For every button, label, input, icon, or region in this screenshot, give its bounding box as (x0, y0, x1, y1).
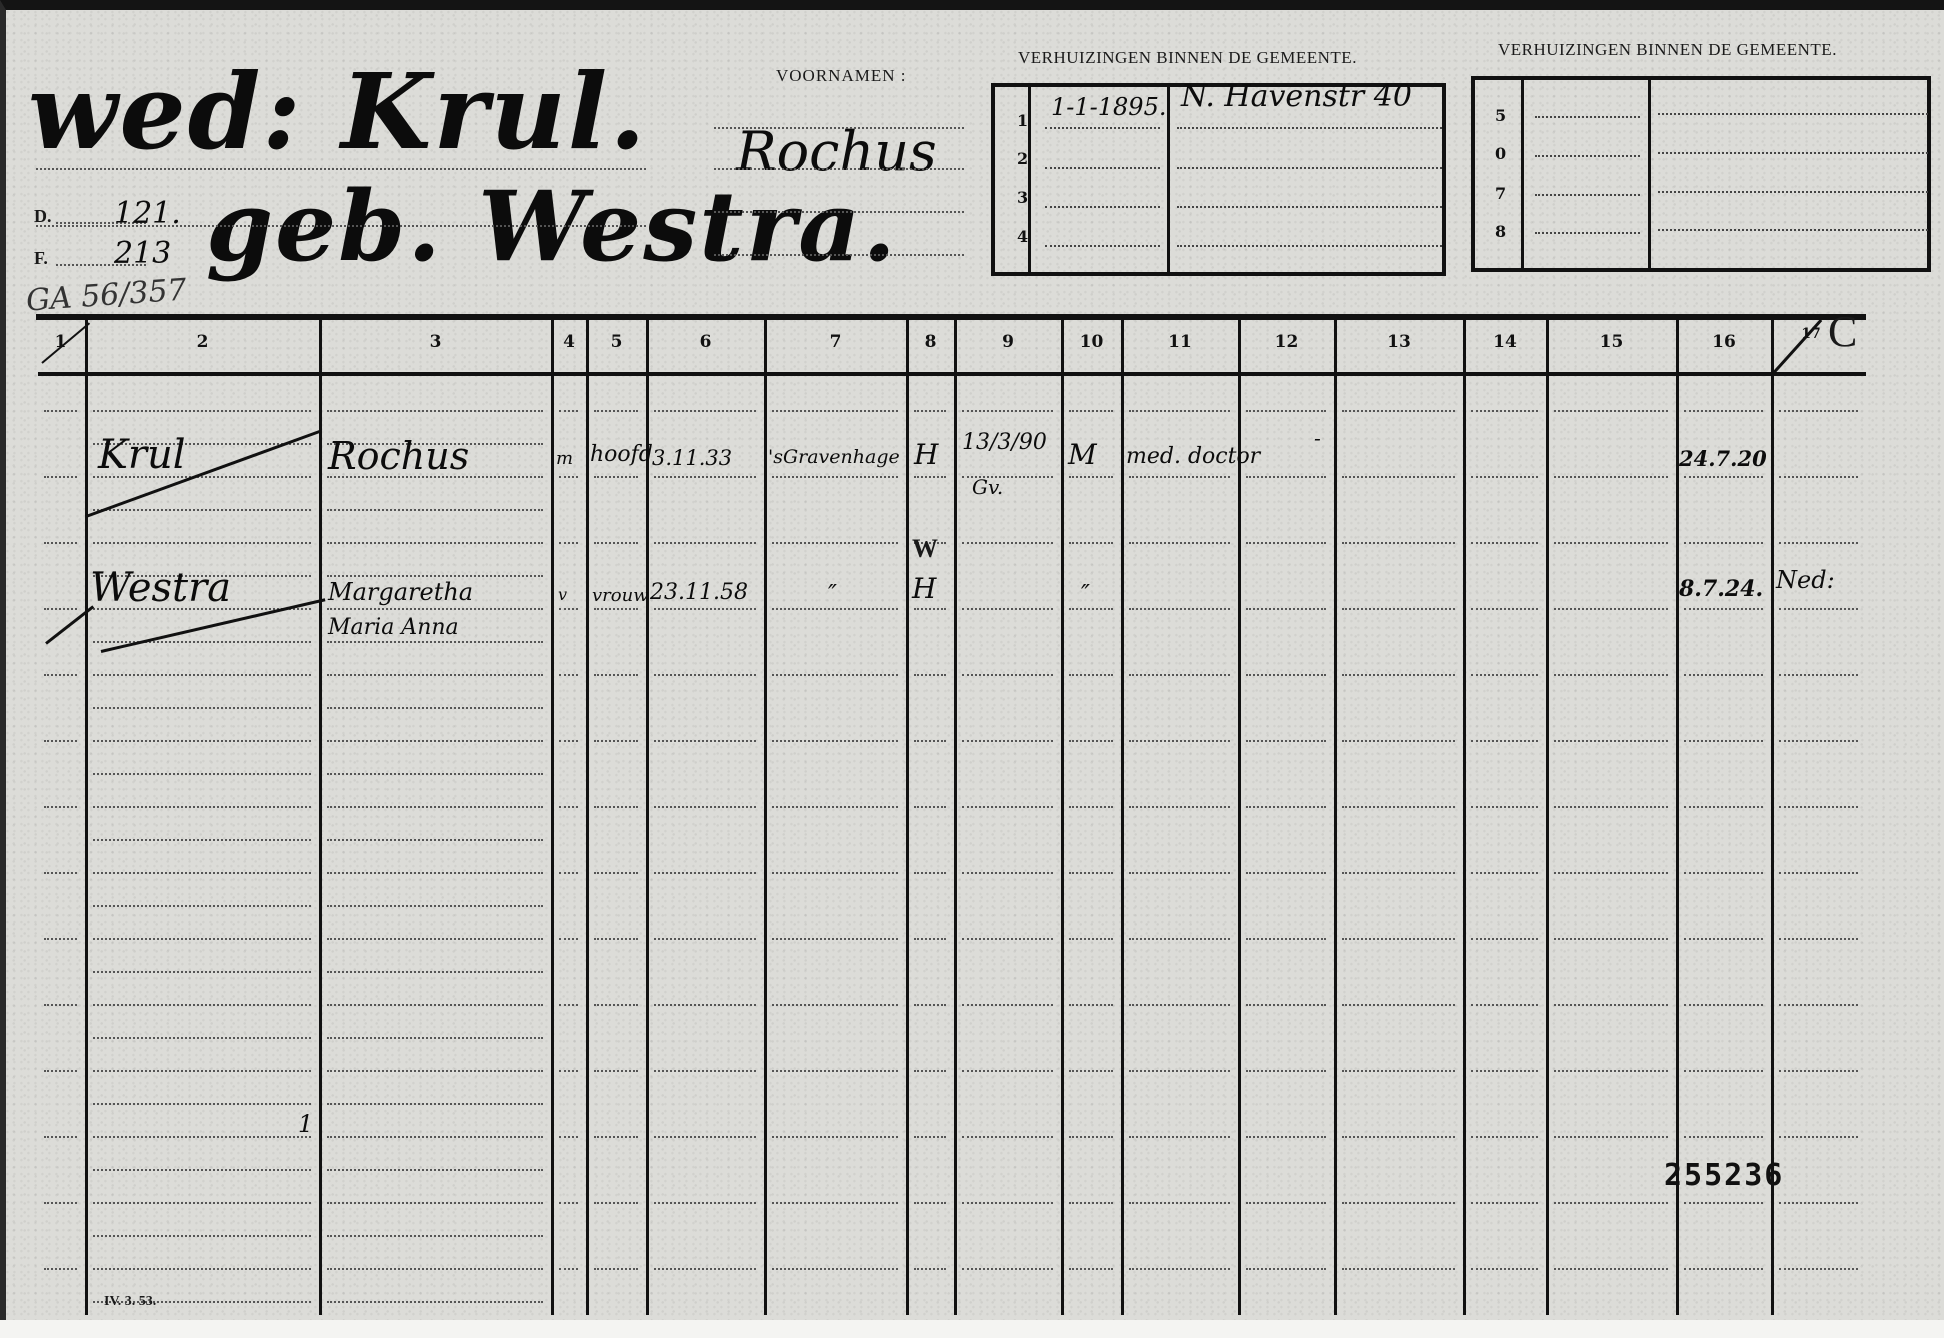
row-guide-dots (594, 542, 638, 544)
row-guide-dots (914, 806, 946, 808)
row-guide-dots (327, 410, 543, 412)
column-header-5: 5 (587, 332, 646, 352)
row-guide-dots (962, 1004, 1053, 1006)
row-guide-dots (914, 872, 946, 874)
row-guide-dots (772, 1004, 898, 1006)
row-guide-dots (1684, 1070, 1763, 1072)
row-guide-dots (1342, 1136, 1455, 1138)
row-guide-dots (93, 839, 311, 841)
archive-reference: GA 56/357 (25, 272, 188, 318)
row-guide-dots (1246, 410, 1326, 412)
row2-given-names-1: Margaretha (328, 578, 473, 606)
row-guide-dots (654, 542, 756, 544)
row-guide-dots (1129, 938, 1230, 940)
row2-col16: 8.7.24. (1679, 576, 1763, 602)
row-guide-dots (1342, 872, 1455, 874)
f-value: 213 (114, 236, 171, 271)
row-guide-dots (327, 1070, 543, 1072)
row-guide-dots (1246, 872, 1326, 874)
row-guide-dots (772, 872, 898, 874)
move-row-number: 7 (1495, 184, 1506, 203)
row-guide-dots (654, 806, 756, 808)
row-guide-dots (1342, 608, 1455, 610)
row-guide-dots (1069, 410, 1113, 412)
row-guide-dots (914, 608, 946, 610)
row-guide-dots (962, 806, 1053, 808)
row-guide-dots (1069, 1004, 1113, 1006)
row-guide-dots (1471, 608, 1538, 610)
move-row-number: 2 (1017, 149, 1028, 168)
row-guide-dots (1069, 1136, 1113, 1138)
row-guide-dots (1554, 1004, 1668, 1006)
move-dotted-line (1045, 206, 1160, 208)
row-guide-dots (1471, 1136, 1538, 1138)
row-guide-dots (1554, 1202, 1668, 1204)
row-guide-dots (1129, 872, 1230, 874)
row-guide-dots (962, 740, 1053, 742)
column-divider (1546, 320, 1549, 1315)
column-header-12: 12 (1239, 332, 1334, 352)
row-guide-dots (1129, 740, 1230, 742)
row-guide-dots (772, 1070, 898, 1072)
row-guide-dots (594, 1202, 638, 1204)
row1-col12: - (1314, 426, 1321, 450)
row-guide-dots (1342, 938, 1455, 940)
voornamen-dotted-line (714, 211, 964, 213)
row-guide-dots (1342, 740, 1455, 742)
row-guide-dots (772, 542, 898, 544)
row-guide-dots (654, 410, 756, 412)
row-guide-dots (1129, 410, 1230, 412)
row1-religion: H (914, 438, 938, 471)
row-guide-dots (1554, 938, 1668, 940)
row-guide-dots (1069, 542, 1113, 544)
row-guide-dots (93, 1202, 311, 1204)
divider (1521, 80, 1524, 268)
row1-surname: Krul (98, 432, 186, 478)
row2-birth-place: ″ (828, 580, 837, 608)
move-dotted-line (1045, 167, 1160, 169)
row-guide-dots (327, 1037, 543, 1039)
row-guide-dots (1129, 1202, 1230, 1204)
row-guide-dots (327, 509, 543, 511)
row-guide-dots (1129, 674, 1230, 676)
row-guide-dots (1471, 938, 1538, 940)
row-guide-dots (1684, 938, 1763, 940)
row-guide-dots (559, 608, 578, 610)
row-guide-dots (1246, 938, 1326, 940)
column-header-9: 9 (955, 332, 1061, 352)
row-guide-dots (1342, 1004, 1455, 1006)
column-divider (1334, 320, 1337, 1315)
row-guide-dots (327, 575, 543, 577)
row-guide-dots (914, 1202, 946, 1204)
row-guide-dots (772, 1268, 898, 1270)
row-guide-dots (914, 476, 946, 478)
row-guide-dots (654, 872, 756, 874)
row-guide-dots (327, 1169, 543, 1171)
row-guide-dots (1779, 1268, 1858, 1270)
move-dotted-line (1658, 113, 1928, 115)
row-guide-dots (1246, 674, 1326, 676)
row-guide-dots (1342, 410, 1455, 412)
column-header-6: 6 (647, 332, 764, 352)
move-dotted-line (1658, 191, 1928, 193)
row-guide-dots (559, 740, 578, 742)
row-guide-dots (962, 542, 1053, 544)
row-guide-dots (1129, 1070, 1230, 1072)
moves-right-title: VERHUIZINGEN BINNEN DE GEMEENTE. (1498, 40, 1837, 60)
voornamen-value: Rochus (736, 120, 937, 183)
row-guide-dots (1684, 1202, 1763, 1204)
row-guide-dots (962, 1070, 1053, 1072)
row-guide-dots (1069, 1070, 1113, 1072)
move-dotted-line (1535, 232, 1640, 234)
row-guide-dots (654, 608, 756, 610)
voornamen-label: VOORNAMEN : (776, 66, 906, 86)
row-guide-dots (1471, 476, 1538, 478)
row-guide-dots (1246, 1202, 1326, 1204)
row-guide-dots (1684, 542, 1763, 544)
divider (1028, 87, 1031, 272)
d-value: 121. (114, 196, 181, 231)
row-guide-dots (44, 476, 77, 478)
column-divider (1061, 320, 1064, 1315)
row-guide-dots (962, 1202, 1053, 1204)
column-header-15: 15 (1547, 332, 1676, 352)
row-guide-dots (327, 641, 543, 643)
row-guide-dots (914, 1268, 946, 1270)
row-guide-dots (44, 872, 77, 874)
row-guide-dots (327, 905, 543, 907)
row-guide-dots (1554, 740, 1668, 742)
row-guide-dots (594, 1070, 638, 1072)
row-guide-dots (93, 641, 311, 643)
row-guide-dots (559, 1136, 578, 1138)
row-guide-dots (1684, 872, 1763, 874)
row-guide-dots (327, 1103, 543, 1105)
row-guide-dots (914, 1070, 946, 1072)
corner-mark: C (1828, 306, 1857, 357)
voornamen-dotted-line (714, 168, 964, 170)
row1-col9-date: 13/3/90 (962, 430, 1047, 455)
row-guide-dots (559, 806, 578, 808)
row-guide-dots (1471, 740, 1538, 742)
row-guide-dots (1246, 740, 1326, 742)
row-guide-dots (1246, 1136, 1326, 1138)
scan-margin (0, 1320, 1944, 1338)
row-guide-dots (962, 938, 1053, 940)
move-dotted-line (1535, 194, 1640, 196)
row-guide-dots (1129, 1136, 1230, 1138)
row-guide-dots (654, 1202, 756, 1204)
row-guide-dots (327, 971, 543, 973)
row-guide-dots (93, 905, 311, 907)
table-top-border (36, 314, 1866, 320)
row-guide-dots (93, 1070, 311, 1072)
move-dotted-line (1177, 206, 1442, 208)
row-guide-dots (1554, 542, 1668, 544)
row-guide-dots (914, 1136, 946, 1138)
move-dotted-line (1658, 229, 1928, 231)
row-guide-dots (44, 1070, 77, 1072)
row-guide-dots (559, 542, 578, 544)
column-header-14: 14 (1464, 332, 1546, 352)
voornamen-dotted-line (714, 254, 964, 256)
row-guide-dots (1554, 410, 1668, 412)
row-guide-dots (772, 740, 898, 742)
row-guide-dots (559, 1268, 578, 1270)
move-date: 1-1-1895. (1051, 93, 1166, 121)
row-guide-dots (1342, 806, 1455, 808)
column-divider (551, 320, 554, 1315)
row-guide-dots (1069, 674, 1113, 676)
row1-relation: hoofd (590, 442, 653, 467)
row-guide-dots (962, 1136, 1053, 1138)
row-guide-dots (93, 938, 311, 940)
row-guide-dots (1684, 1004, 1763, 1006)
row-guide-dots (654, 740, 756, 742)
row-guide-dots (93, 806, 311, 808)
row-guide-dots (1129, 476, 1230, 478)
row-guide-dots (1342, 1202, 1455, 1204)
row-guide-dots (327, 1268, 543, 1270)
row-guide-dots (44, 1004, 77, 1006)
row-guide-dots (772, 938, 898, 940)
move-address: N. Havenstr 40 (1181, 79, 1412, 114)
row-guide-dots (1779, 1202, 1858, 1204)
row1-col16: 24.7.20 (1679, 446, 1767, 471)
row-guide-dots (1684, 608, 1763, 610)
column-header-10: 10 (1062, 332, 1121, 352)
row-guide-dots (1246, 608, 1326, 610)
column-header-3: 3 (320, 332, 551, 352)
row-guide-dots (1129, 1004, 1230, 1006)
row2-given-names-2: Maria Anna (328, 615, 459, 640)
row-guide-dots (772, 1202, 898, 1204)
row-guide-dots (1129, 542, 1230, 544)
row-guide-dots (594, 608, 638, 610)
row-guide-dots (1554, 872, 1668, 874)
row-guide-dots (44, 1136, 77, 1138)
row-guide-dots (327, 1235, 543, 1237)
form-code: IV. 3. 53. (104, 1294, 156, 1310)
row-guide-dots (594, 872, 638, 874)
row-guide-dots (93, 674, 311, 676)
row-guide-dots (327, 608, 543, 610)
divider (1648, 80, 1651, 268)
row-guide-dots (559, 1004, 578, 1006)
move-row-number: 0 (1495, 144, 1506, 163)
row1-occupation: med. doctor (1126, 444, 1260, 469)
row-guide-dots (1471, 1202, 1538, 1204)
row-guide-dots (914, 740, 946, 742)
column-header-8: 8 (907, 332, 954, 352)
row-guide-dots (1554, 476, 1668, 478)
row-guide-dots (1471, 1070, 1538, 1072)
row2-relation: vrouw (592, 585, 649, 606)
row-guide-dots (594, 410, 638, 412)
row-guide-dots (44, 542, 77, 544)
column-header-13: 13 (1335, 332, 1463, 352)
column-header-16: 16 (1677, 332, 1771, 352)
moves-right-box: 5 0 7 8 (1471, 76, 1931, 272)
row-guide-dots (654, 938, 756, 940)
f-label: F. (34, 248, 48, 269)
move-dotted-line (1658, 152, 1928, 154)
row-guide-dots (44, 608, 77, 610)
row-guide-dots (594, 938, 638, 940)
row-guide-dots (1129, 806, 1230, 808)
row-guide-dots (559, 1202, 578, 1204)
row2-sex: v (558, 585, 567, 604)
row-guide-dots (1129, 1268, 1230, 1270)
row1-sex: m (556, 448, 573, 469)
row-guide-dots (962, 608, 1053, 610)
column-divider (954, 320, 957, 1315)
row-guide-dots (1684, 1268, 1763, 1270)
table-header-border (38, 372, 1866, 376)
row-guide-dots (93, 1235, 311, 1237)
row-guide-dots (327, 740, 543, 742)
stamp-number: 255236 (1664, 1158, 1784, 1193)
row-guide-dots (327, 839, 543, 841)
row-guide-dots (1554, 674, 1668, 676)
row-guide-dots (772, 674, 898, 676)
row-guide-dots (654, 1070, 756, 1072)
row-guide-dots (1246, 1268, 1326, 1270)
row-guide-dots (772, 806, 898, 808)
row1-marital: M (1068, 438, 1097, 471)
row-guide-dots (1342, 674, 1455, 676)
move-dotted-line (1177, 167, 1442, 169)
row-guide-dots (1779, 1070, 1858, 1072)
row-guide-dots (914, 1004, 946, 1006)
column-divider (906, 320, 909, 1315)
move-dotted-line (1535, 116, 1640, 118)
row-guide-dots (1246, 476, 1326, 478)
row-guide-dots (327, 938, 543, 940)
surname-dotted-line (36, 168, 646, 170)
row-guide-dots (93, 509, 311, 511)
column-header-7: 7 (765, 332, 906, 352)
row-guide-dots (327, 1202, 543, 1204)
row1-birth-date: 3.11.33 (652, 446, 732, 470)
column-divider (764, 320, 767, 1315)
row-guide-dots (1779, 410, 1858, 412)
row-guide-dots (93, 1169, 311, 1171)
row-guide-dots (594, 1136, 638, 1138)
row-guide-dots (1069, 608, 1113, 610)
row2-marital: ″ (1081, 580, 1090, 608)
row-guide-dots (654, 1004, 756, 1006)
row-guide-dots (1069, 1202, 1113, 1204)
row-guide-dots (1779, 1004, 1858, 1006)
row-guide-dots (962, 1268, 1053, 1270)
row-guide-dots (654, 1136, 756, 1138)
row-guide-dots (327, 773, 543, 775)
row-guide-dots (1779, 872, 1858, 874)
column-header-4: 4 (552, 332, 586, 352)
row-guide-dots (1069, 740, 1113, 742)
row-guide-dots (559, 674, 578, 676)
move-row-number: 5 (1495, 106, 1506, 125)
move-row-number: 1 (1017, 111, 1028, 130)
row-guide-dots (1554, 1136, 1668, 1138)
column-header-1: 1 (36, 332, 85, 352)
row-guide-dots (93, 707, 311, 709)
row-guide-dots (327, 1136, 543, 1138)
move-row-number: 3 (1017, 188, 1028, 207)
row-guide-dots (1246, 1070, 1326, 1072)
row-guide-dots (1779, 740, 1858, 742)
row-guide-dots (772, 608, 898, 610)
row-guide-dots (327, 1004, 543, 1006)
row-guide-dots (914, 410, 946, 412)
row-guide-dots (1779, 476, 1858, 478)
row-guide-dots (1471, 674, 1538, 676)
row-guide-dots (1471, 872, 1538, 874)
move-row-number: 4 (1017, 227, 1028, 246)
row-guide-dots (594, 806, 638, 808)
row-guide-dots (1779, 938, 1858, 940)
row-guide-dots (93, 1004, 311, 1006)
row-guide-dots (1129, 608, 1230, 610)
moves-left-box: 1 2 3 4 1-1-1895. N. Havenstr 40 (991, 83, 1446, 276)
move-dotted-line (1045, 245, 1160, 247)
move-dotted-line (1177, 127, 1442, 129)
column-divider (1121, 320, 1124, 1315)
row-guide-dots (327, 674, 543, 676)
column-divider (1463, 320, 1466, 1315)
row-guide-dots (44, 806, 77, 808)
row-guide-dots (1471, 1004, 1538, 1006)
divider (1167, 87, 1170, 272)
row-guide-dots (1684, 476, 1763, 478)
row-guide-dots (1342, 476, 1455, 478)
row-guide-dots (1069, 806, 1113, 808)
row-guide-dots (93, 1037, 311, 1039)
row-guide-dots (1342, 1268, 1455, 1270)
row-guide-dots (93, 971, 311, 973)
row-guide-dots (1342, 1070, 1455, 1072)
row2-birth-date: 23.11.58 (650, 580, 748, 605)
stray-mark: 1 (298, 1110, 313, 1138)
move-row-number: 8 (1495, 222, 1506, 241)
row-guide-dots (93, 1268, 311, 1270)
voornamen-dotted-line (714, 127, 964, 129)
row-guide-dots (1684, 674, 1763, 676)
row-guide-dots (1471, 1268, 1538, 1270)
row-guide-dots (1684, 806, 1763, 808)
row-guide-dots (1554, 806, 1668, 808)
row1-given-names: Rochus (328, 434, 469, 478)
row-guide-dots (1069, 1268, 1113, 1270)
row-guide-dots (93, 773, 311, 775)
move-dotted-line (1535, 155, 1640, 157)
row-guide-dots (772, 476, 898, 478)
row-guide-dots (962, 410, 1053, 412)
row1-col9-note: Gv. (972, 475, 1003, 499)
row-guide-dots (1684, 410, 1763, 412)
row-guide-dots (93, 410, 311, 412)
row-guide-dots (44, 674, 77, 676)
row-guide-dots (327, 707, 543, 709)
row-guide-dots (1554, 1268, 1668, 1270)
column-divider (85, 320, 88, 1315)
row-guide-dots (594, 674, 638, 676)
registration-card: wed: Krul. geb. Westra. D. 121. F. 213 G… (0, 0, 1944, 1320)
